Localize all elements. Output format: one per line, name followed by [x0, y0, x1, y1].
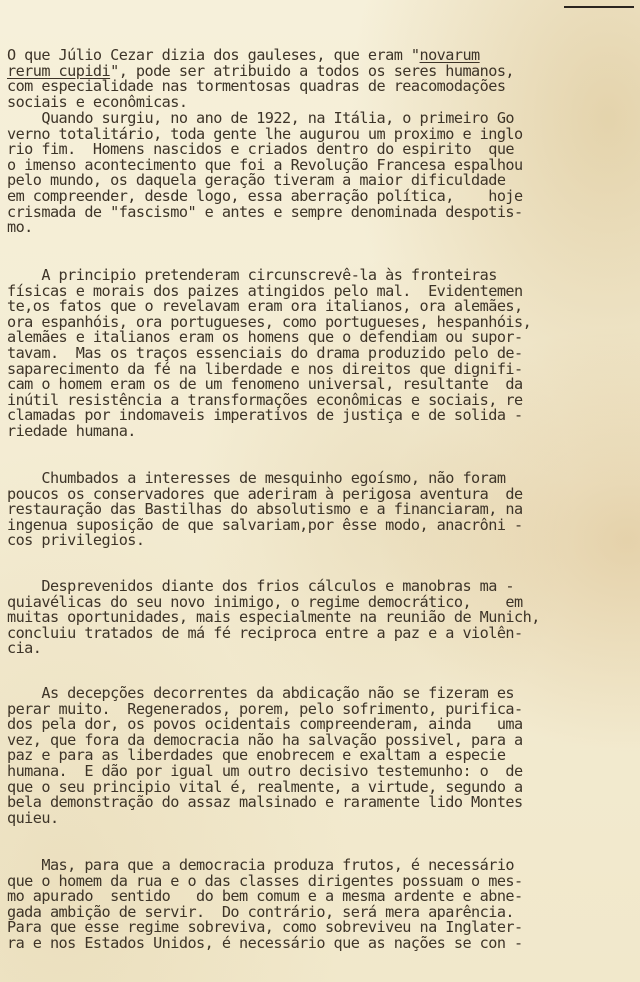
paragraph-chumbados: Chumbados a interesses de mesquinho egoí… [7, 471, 637, 549]
paragraph-principio: A principio pretenderam circunscrevê-la … [7, 268, 637, 440]
text-line: cos privilegios. [7, 533, 637, 549]
text-line: mo. [7, 220, 637, 236]
typewritten-page: O que Júlio Cezar dizia dos gauleses, qu… [0, 0, 640, 982]
paragraph-desprevenidos: Desprevenidos diante dos frios cálculos … [7, 579, 637, 657]
text-line: concluiu tratados de má fé reciproca ent… [7, 626, 637, 642]
text-line: ra e nos Estados Unidos, é necessário qu… [7, 936, 637, 952]
text-line: crismada de "fascismo" e antes e sempre … [7, 205, 637, 221]
paragraph-democracia-frutos: Mas, para que a democracia produza fruto… [7, 858, 637, 952]
text-line: cia. [7, 641, 637, 657]
paragraph-fascismo: Quando surgiu, no ano de 1922, na Itália… [7, 111, 637, 236]
page-number-mark [564, 0, 634, 8]
paragraph-decepcoes: As decepções decorrentes da abdicação nã… [7, 686, 637, 826]
text-line: quieu. [7, 811, 637, 827]
text-line: riedade humana. [7, 424, 637, 440]
text-line: bela demonstração do assaz malsinado e r… [7, 795, 637, 811]
paragraph-julio-cezar: O que Júlio Cezar dizia dos gauleses, qu… [7, 48, 637, 110]
